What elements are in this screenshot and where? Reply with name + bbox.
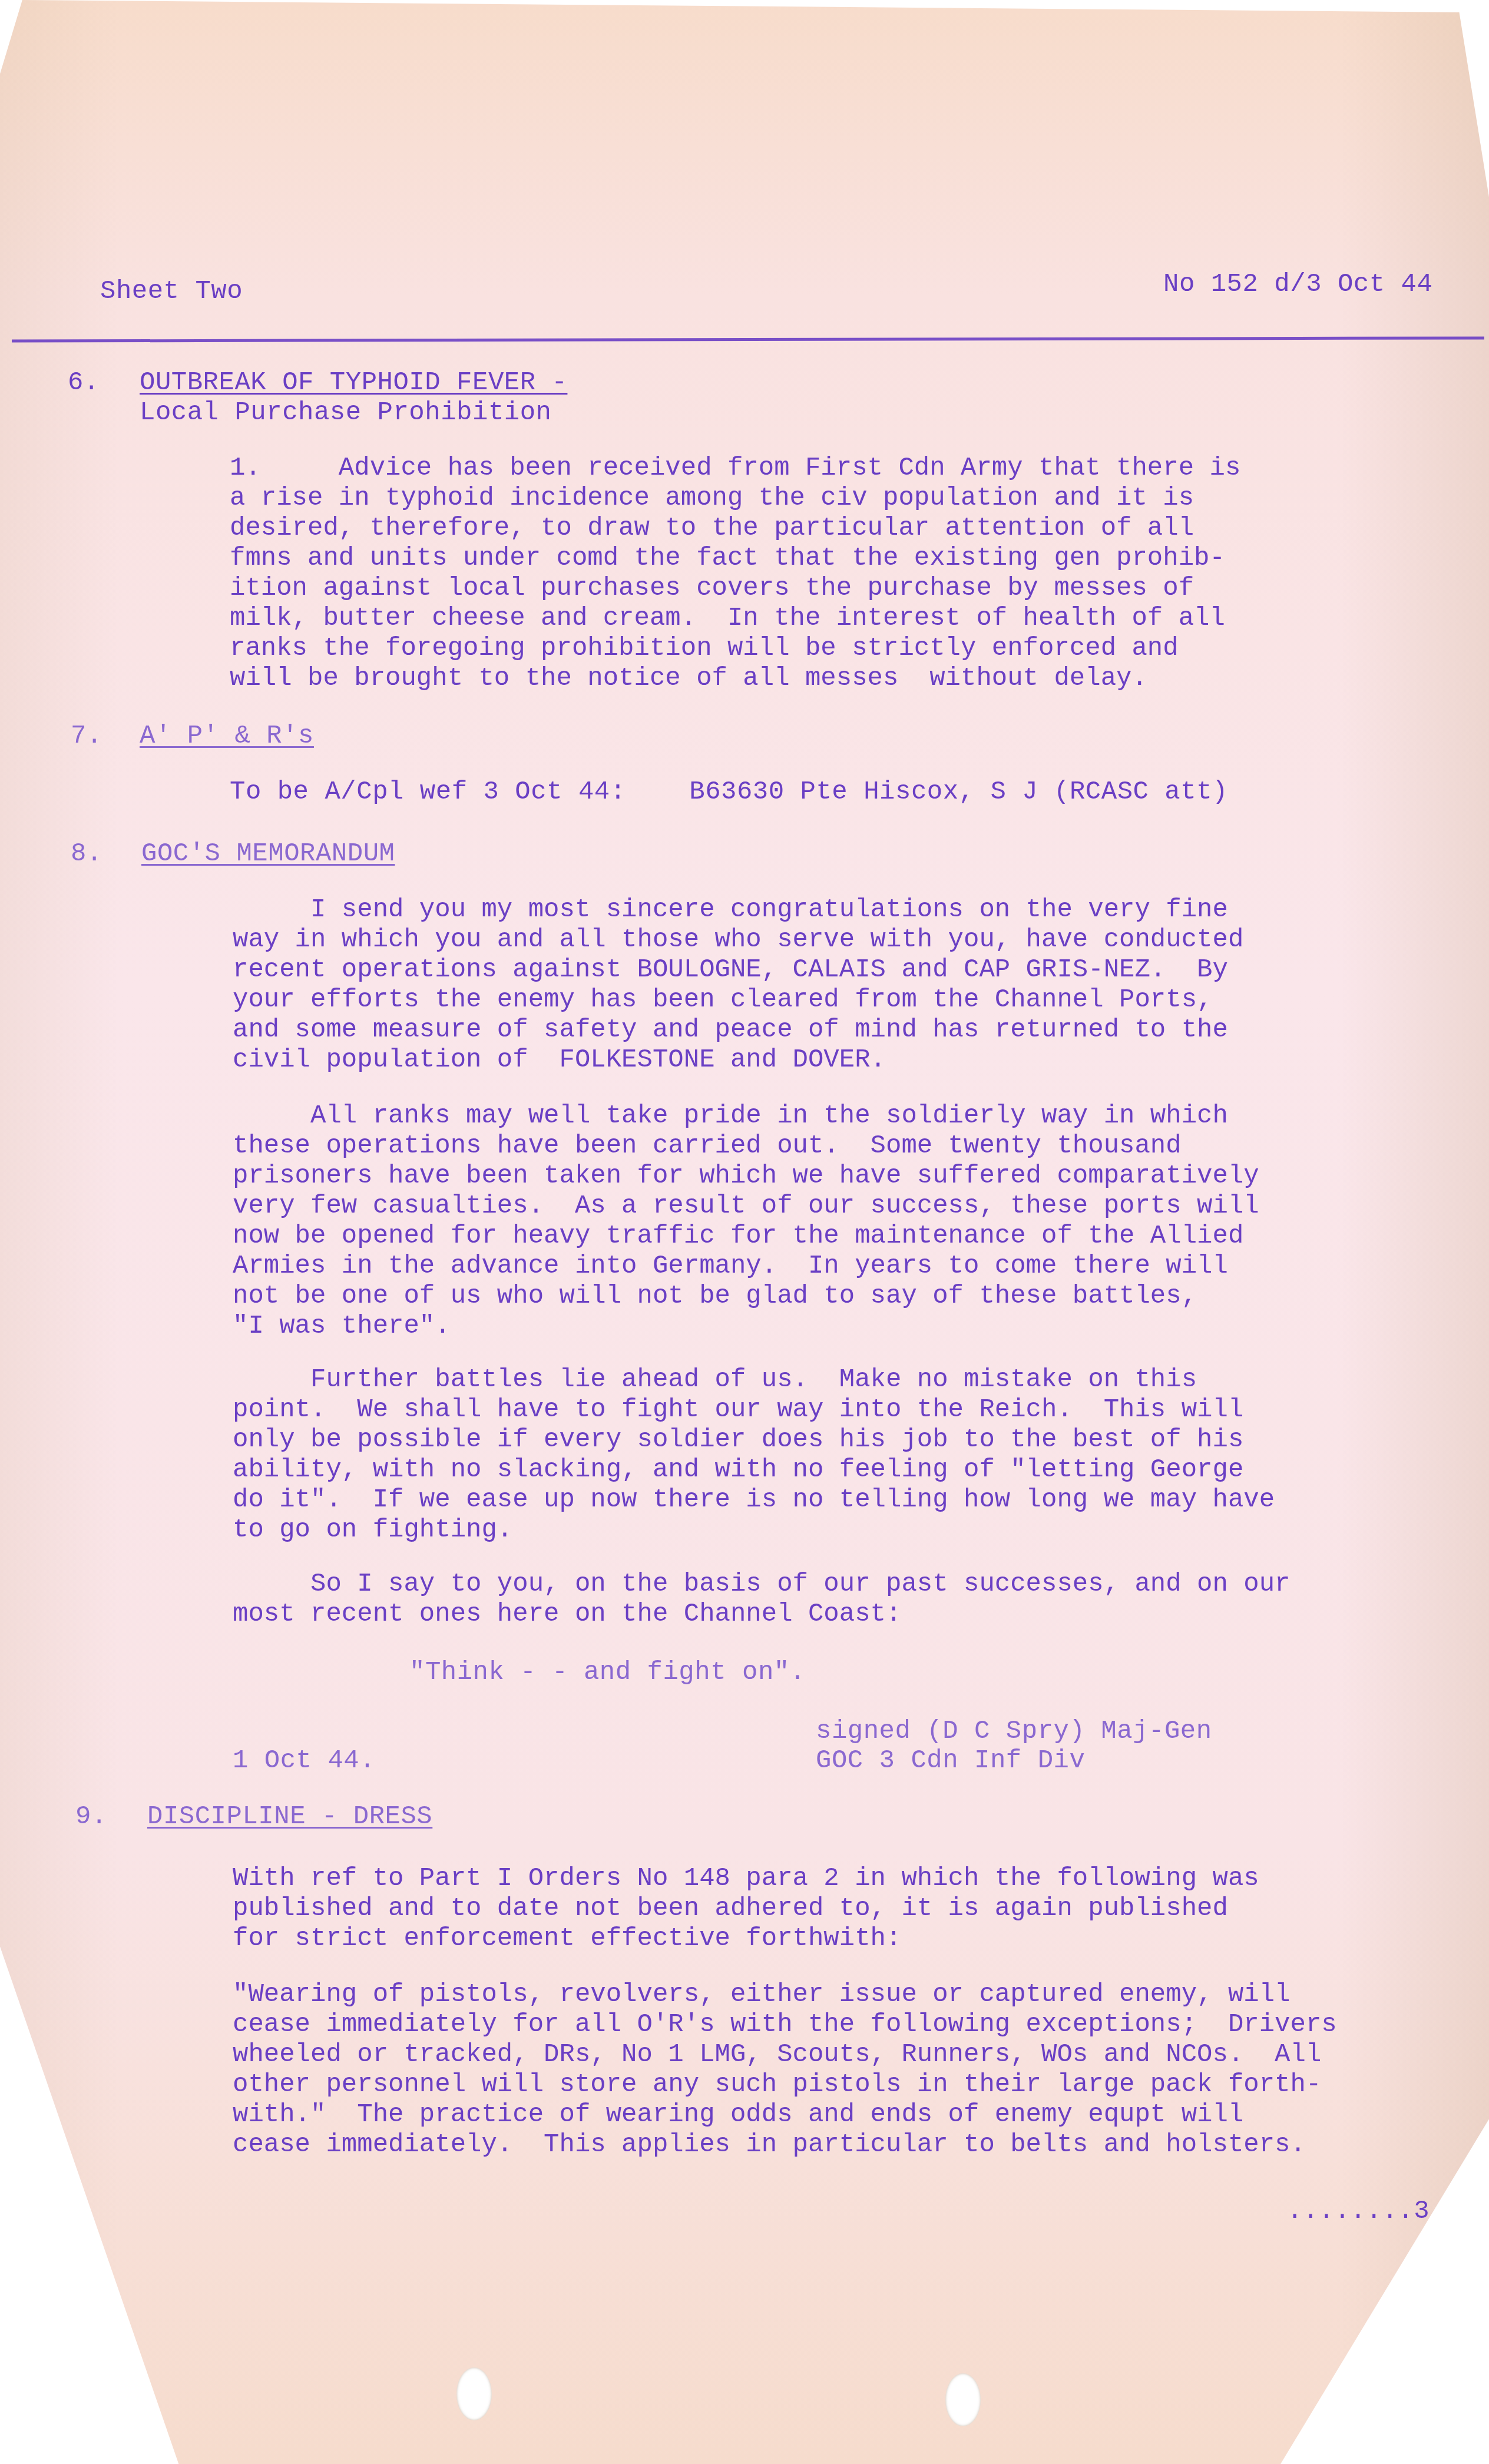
- sheet-label: Sheet Two: [100, 277, 243, 307]
- text-line: do it". If we ease up now there is no te…: [233, 1485, 1275, 1515]
- text-line: your efforts the enemy has been cleared …: [233, 985, 1243, 1015]
- text-line: Further battles lie ahead of us. Make no…: [233, 1365, 1275, 1395]
- text-line: not be one of us who will not be glad to…: [233, 1281, 1259, 1312]
- text-line: fmns and units under comd the fact that …: [230, 544, 1240, 574]
- memo-quote: "Think - - and fight on".: [409, 1658, 806, 1688]
- text-line: ition against local purchases covers the…: [230, 574, 1240, 604]
- section-number: 9.: [75, 1802, 107, 1832]
- text-line: cease immediately for all O'R's with the…: [233, 2010, 1337, 2040]
- text-line: recent operations against BOULOGNE, CALA…: [233, 955, 1243, 985]
- text-line: with." The practice of wearing odds and …: [233, 2100, 1337, 2130]
- text-line: Armies in the advance into Germany. In y…: [233, 1251, 1259, 1281]
- text-line: and some measure of safety and peace of …: [233, 1015, 1243, 1045]
- text-line: these operations have been carried out. …: [233, 1131, 1259, 1161]
- section-title: OUTBREAK OF TYPHOID FEVER -: [140, 368, 567, 398]
- promotion-line: To be A/Cpl wef 3 Oct 44: B63630 Pte His…: [230, 777, 1228, 807]
- section-title: A' P' & R's: [140, 721, 314, 751]
- text-line: now be opened for heavy traffic for the …: [233, 1221, 1259, 1251]
- section-number: 6.: [68, 368, 100, 398]
- text-line: civil population of FOLKESTONE and DOVER…: [233, 1045, 1243, 1075]
- punch-hole: [456, 2367, 492, 2420]
- text-line: So I say to you, on the basis of our pas…: [233, 1569, 1291, 1599]
- text-line: All ranks may well take pride in the sol…: [233, 1101, 1259, 1131]
- text-line: milk, butter cheese and cream. In the in…: [230, 604, 1240, 634]
- text-line: I send you my most sincere congratulatio…: [233, 895, 1243, 925]
- text-line: wheeled or tracked, DRs, No 1 LMG, Scout…: [233, 2040, 1337, 2070]
- text-line: other personnel will store any such pist…: [233, 2070, 1337, 2100]
- order-reference: No 152 d/3 Oct 44: [1163, 270, 1432, 300]
- text-line: point. We shall have to fight our way in…: [233, 1395, 1275, 1425]
- text-line: very few casualties. As a result of our …: [233, 1191, 1259, 1221]
- text-line: "Wearing of pistols, revolvers, either i…: [233, 1980, 1337, 2010]
- text-line: desired, therefore, to draw to the parti…: [230, 514, 1240, 544]
- text-line: published and to date not been adhered t…: [233, 1894, 1259, 1924]
- memo-paragraph: I send you my most sincere congratulatio…: [233, 895, 1243, 1075]
- continuation-marker: ........3: [1287, 2197, 1430, 2227]
- memo-paragraph: So I say to you, on the basis of our pas…: [233, 1569, 1291, 1630]
- text-line: prisoners have been taken for which we h…: [233, 1161, 1259, 1191]
- text-line: will be brought to the notice of all mes…: [230, 664, 1240, 694]
- memo-paragraph: All ranks may well take pride in the sol…: [233, 1101, 1259, 1342]
- section-body: 1. Advice has been received from First C…: [230, 453, 1240, 694]
- text-line: most recent ones here on the Channel Coa…: [233, 1599, 1291, 1630]
- text-line: only be possible if every soldier does h…: [233, 1425, 1275, 1455]
- section-subtitle: Local Purchase Prohibition: [140, 398, 552, 428]
- discipline-intro: With ref to Part I Orders No 148 para 2 …: [233, 1864, 1259, 1954]
- signature-line-1: signed (D C Spry) Maj-Gen: [816, 1717, 1212, 1747]
- memo-date: 1 Oct 44.: [233, 1746, 375, 1776]
- section-title: DISCIPLINE - DRESS: [147, 1802, 432, 1832]
- text-line: for strict enforcement effective forthwi…: [233, 1924, 1259, 1954]
- punch-hole: [945, 2373, 981, 2426]
- text-line: With ref to Part I Orders No 148 para 2 …: [233, 1864, 1259, 1894]
- text-line: way in which you and all those who serve…: [233, 925, 1243, 955]
- memo-paragraph: Further battles lie ahead of us. Make no…: [233, 1365, 1275, 1545]
- text-line: ability, with no slacking, and with no f…: [233, 1455, 1275, 1485]
- discipline-body: "Wearing of pistols, revolvers, either i…: [233, 1980, 1337, 2160]
- text-line: cease immediately. This applies in parti…: [233, 2130, 1337, 2160]
- section-number: 8.: [71, 839, 102, 869]
- text-line: ranks the foregoing prohibition will be …: [230, 634, 1240, 664]
- text-line: "I was there".: [233, 1312, 1259, 1342]
- text-line: a rise in typhoid incidence among the ci…: [230, 483, 1240, 514]
- text-line: 1. Advice has been received from First C…: [230, 453, 1240, 483]
- section-number: 7.: [71, 721, 102, 751]
- section-title: GOC'S MEMORANDUM: [141, 839, 395, 869]
- signature-line-2: GOC 3 Cdn Inf Div: [816, 1746, 1085, 1776]
- text-line: to go on fighting.: [233, 1515, 1275, 1545]
